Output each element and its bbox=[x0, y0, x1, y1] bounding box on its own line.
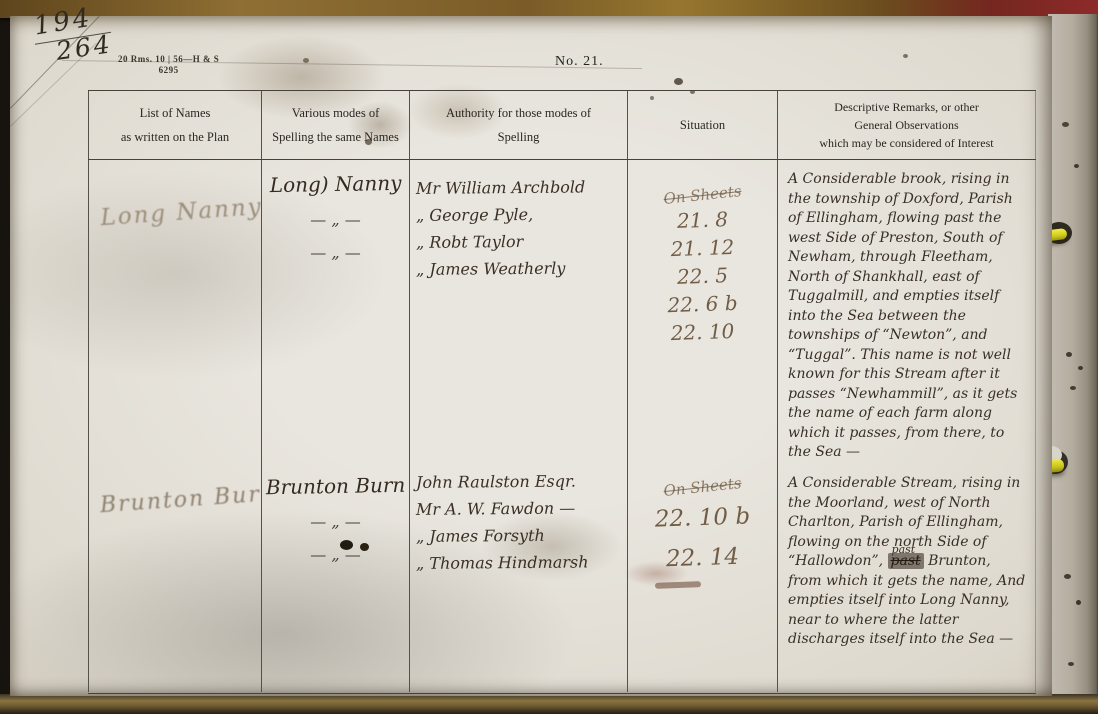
ink-speck bbox=[303, 58, 309, 63]
header-line: List of Names bbox=[140, 101, 211, 125]
cell-remarks: A Considerable brook, rising in the town… bbox=[778, 160, 1036, 462]
authority-entry: Mr William Archbold bbox=[416, 173, 627, 202]
stitch-hole bbox=[1062, 122, 1069, 127]
name-book-table: List of Names as written on the Plan Var… bbox=[88, 90, 1036, 694]
header-line: Descriptive Remarks, or other bbox=[834, 98, 979, 116]
header-line: Spelling bbox=[498, 125, 540, 149]
spelling-entry: Brunton Burn bbox=[262, 462, 409, 499]
cell-name-on-plan: Brunton Burn bbox=[88, 462, 262, 692]
stitch-hole bbox=[1074, 164, 1079, 168]
header-line: Spelling the same Names bbox=[272, 125, 399, 149]
correction: pastpast bbox=[888, 552, 924, 572]
printer-stamp-line2: 6295 bbox=[118, 65, 219, 76]
table-row: Long Nanny Long) Nanny — „ — — „ — Mr Wi… bbox=[88, 160, 1036, 462]
printer-stamp: 20 Rms. 10 | 56—H & S 6295 bbox=[118, 54, 219, 76]
printer-stamp-line1: 20 Rms. 10 | 56—H & S bbox=[118, 54, 219, 65]
cell-situation: On Sheets 22. 10 b 22. 14 bbox=[628, 462, 778, 692]
header-line: Authority for those modes of bbox=[446, 101, 591, 125]
stitch-hole bbox=[1076, 600, 1081, 605]
cell-authorities: Mr William Archbold „ George Pyle, „ Rob… bbox=[410, 160, 628, 462]
header-line: General Observations bbox=[854, 116, 958, 134]
book-binding-edge bbox=[1048, 14, 1098, 698]
book-bottom-edge bbox=[0, 694, 1098, 714]
authority-entry: „ Robt Taylor bbox=[416, 227, 627, 256]
sheet-reference: 22. 10 bbox=[628, 315, 777, 348]
name-on-plan-entry: Brunton Burn bbox=[88, 462, 262, 519]
authority-entry: „ James Weatherly bbox=[416, 254, 627, 283]
stitch-hole bbox=[1064, 574, 1071, 579]
inserted-word: past bbox=[892, 540, 916, 560]
cell-remarks: A Considerable Stream, rising in the Moo… bbox=[778, 462, 1036, 692]
page-number: No. 21. bbox=[555, 54, 604, 70]
spelling-entry: Long) Nanny bbox=[262, 160, 409, 197]
table-header-row: List of Names as written on the Plan Var… bbox=[88, 91, 1036, 160]
cell-situation: On Sheets 21. 8 21. 12 22. 5 22. 6 b 22.… bbox=[628, 160, 778, 462]
ditto-mark: — „ — bbox=[262, 243, 409, 262]
remarks-entry: A Considerable Stream, rising in the Moo… bbox=[778, 462, 1035, 650]
ink-speck bbox=[903, 54, 908, 58]
header-line: as written on the Plan bbox=[121, 125, 229, 149]
header-line: which may be considered of Interest bbox=[819, 134, 993, 152]
sheet-reference: 22. 10 b bbox=[628, 495, 778, 540]
stitch-hole bbox=[1078, 366, 1083, 370]
authority-entry: „ George Pyle, bbox=[416, 200, 627, 229]
ditto-mark: — „ — bbox=[262, 545, 409, 564]
header-situation: Situation bbox=[628, 91, 778, 159]
sheet-reference: 22. 14 bbox=[628, 535, 778, 580]
ink-speck bbox=[674, 78, 683, 85]
cell-spelling: Long) Nanny — „ — — „ — bbox=[262, 160, 410, 462]
ditto-mark: — „ — bbox=[262, 210, 409, 229]
register-page: 194 264 20 Rms. 10 | 56—H & S 6295 No. 2… bbox=[10, 16, 1052, 696]
authority-entry: John Raulston Esqr. bbox=[416, 467, 627, 496]
remarks-entry: A Considerable brook, rising in the town… bbox=[778, 160, 1035, 462]
cell-authorities: John Raulston Esqr. Mr A. W. Fawdon — „ … bbox=[410, 462, 628, 692]
authority-list: Mr William Archbold „ George Pyle, „ Rob… bbox=[410, 160, 627, 282]
stitch-hole bbox=[1068, 662, 1074, 666]
header-list-of-names: List of Names as written on the Plan bbox=[88, 91, 262, 159]
scanned-register-page: 194 264 20 Rms. 10 | 56—H & S 6295 No. 2… bbox=[0, 0, 1098, 714]
authority-entry: „ James Forsyth bbox=[416, 521, 627, 550]
header-modes-of-spelling: Various modes of Spelling the same Names bbox=[262, 91, 410, 159]
stitch-hole bbox=[1066, 352, 1072, 357]
cell-name-on-plan: Long Nanny bbox=[88, 160, 262, 462]
name-on-plan-entry: Long Nanny bbox=[88, 160, 262, 232]
situation-entry: On Sheets 22. 10 b 22. 14 bbox=[628, 462, 777, 578]
authority-entry: Mr A. W. Fawdon — bbox=[416, 494, 627, 523]
cell-spelling: Brunton Burn — „ — — „ — bbox=[262, 462, 410, 692]
ditto-mark: — „ — bbox=[262, 512, 409, 531]
header-descriptive-remarks: Descriptive Remarks, or other General Ob… bbox=[778, 91, 1036, 159]
stitch-hole bbox=[1070, 386, 1076, 390]
header-line: Various modes of bbox=[292, 101, 380, 125]
authority-list: John Raulston Esqr. Mr A. W. Fawdon — „ … bbox=[410, 462, 627, 576]
header-authority: Authority for those modes of Spelling bbox=[410, 91, 628, 159]
situation-entry: On Sheets 21. 8 21. 12 22. 5 22. 6 b 22.… bbox=[628, 160, 777, 346]
header-line: Situation bbox=[680, 113, 725, 137]
authority-entry: „ Thomas Hindmarsh bbox=[416, 548, 627, 577]
table-row: Brunton Burn Brunton Burn — „ — — „ — Jo… bbox=[88, 462, 1036, 692]
